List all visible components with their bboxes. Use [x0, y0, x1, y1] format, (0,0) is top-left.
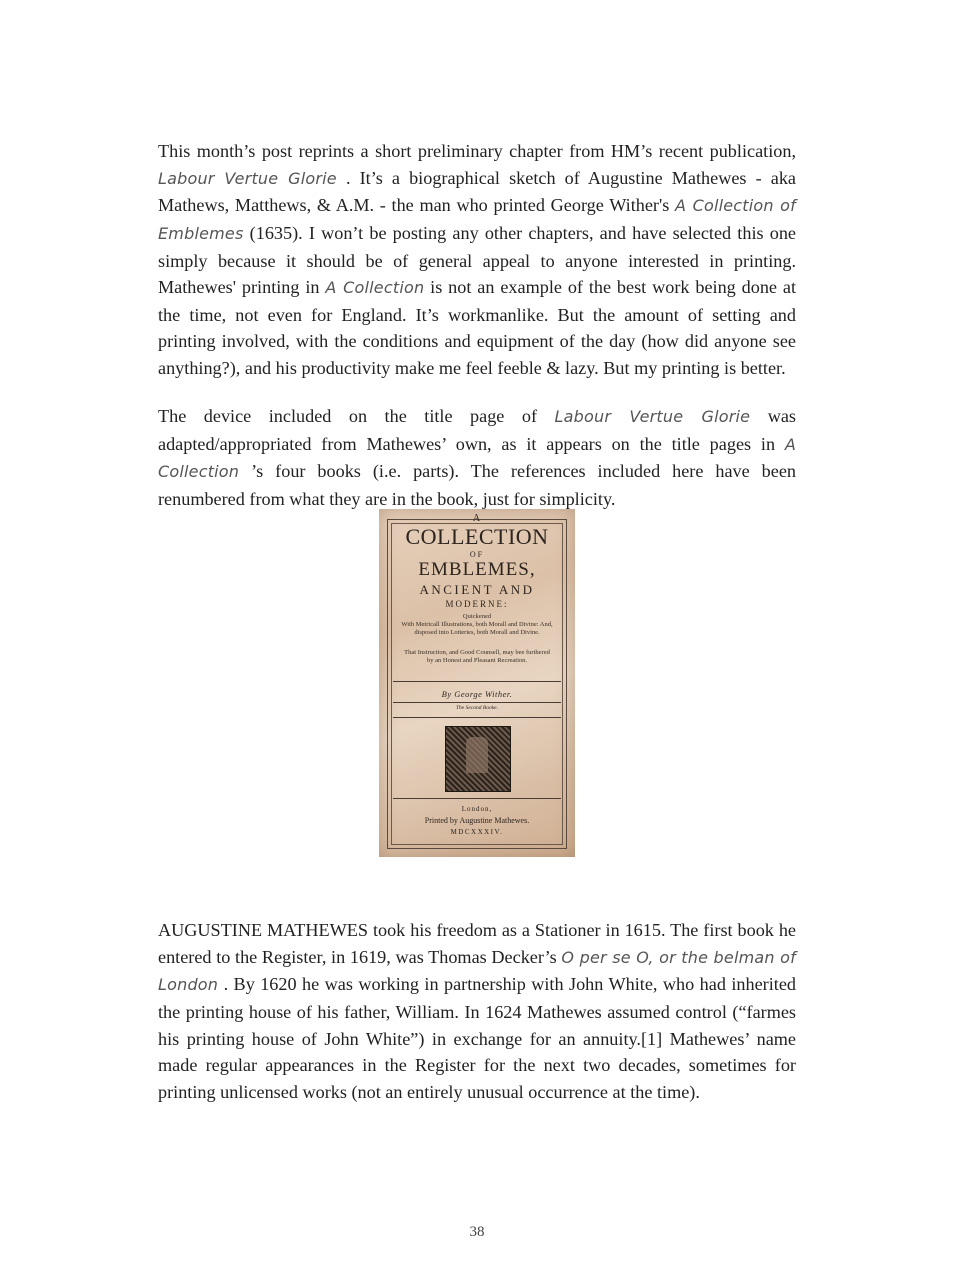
biography-paragraph: AUGUSTINE MATHEWES took his freedom as a… — [158, 917, 796, 1105]
title-quickened: Quickened With Metricall Illustrations, … — [379, 613, 575, 637]
title-line-emblemes: EMBLEMES, — [379, 559, 575, 581]
device-note-paragraph: The device included on the title page of… — [158, 403, 796, 512]
printers-device-woodcut — [445, 726, 511, 792]
title-line-of: OF — [379, 550, 575, 559]
title-author: By George Wither. — [379, 689, 575, 699]
body-text: . By 1620 he was working in partnership … — [158, 974, 796, 1101]
title-book: The Second Booke. — [379, 705, 575, 711]
document-page: This month’s post reprints a short preli… — [0, 0, 954, 1276]
title-page-image: A COLLECTION OF EMBLEMES, ANCIENT AND MO… — [379, 509, 575, 857]
italic-title-text: Labour Vertue Glorie — [158, 169, 337, 188]
italic-title-text: A Collection — [325, 278, 424, 297]
imprint-printer: Printed by Augustine Mathewes. — [379, 816, 575, 825]
body-text: This month’s post reprints a short preli… — [158, 141, 796, 161]
body-text: The device included on the title page of — [158, 406, 555, 426]
title-subtitle: That Instruction, and Good Counsell, may… — [379, 649, 575, 665]
title-rule — [393, 681, 561, 682]
imprint-city: London, — [379, 805, 575, 813]
title-rule — [393, 798, 561, 799]
page-number: 38 — [0, 1224, 954, 1241]
device-figure — [466, 737, 488, 773]
italic-title-text: Labour Vertue Glorie — [555, 407, 751, 426]
title-line-ancient: ANCIENT AND — [379, 582, 575, 598]
imprint-year: MDCXXXIV. — [379, 828, 575, 836]
intro-paragraph: This month’s post reprints a short preli… — [158, 138, 796, 381]
title-rule — [393, 702, 561, 703]
body-text: ’s four books (i.e. parts). The referenc… — [158, 461, 796, 509]
title-line-a: A — [379, 513, 575, 524]
title-line-collection: COLLECTION — [379, 524, 575, 550]
title-rule — [393, 717, 561, 718]
title-line-moderne: MODERNE: — [379, 599, 575, 609]
